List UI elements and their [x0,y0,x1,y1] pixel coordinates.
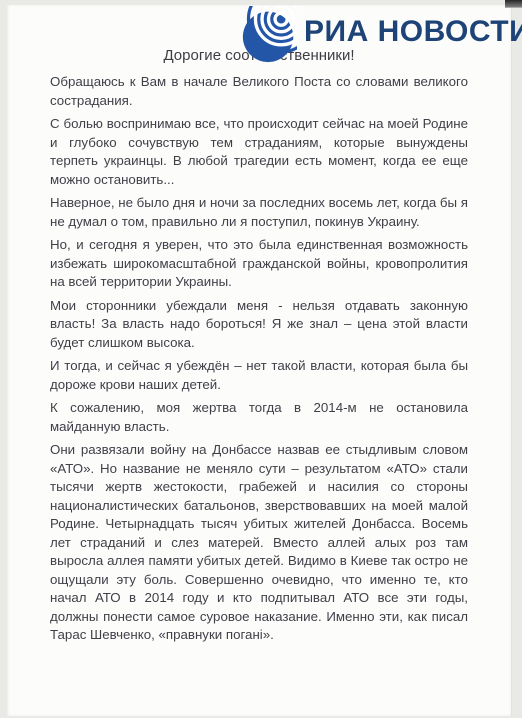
paragraph: Мои сторонники убеждали меня - нельзя от… [50,297,468,353]
globe-broadcast-icon [241,6,297,64]
document-page: РИА НОВОСТИ Дорогие соотечественники! Об… [7,5,512,716]
paragraph: Обращаюсь к Вам в начале Великого Поста … [50,73,468,110]
screenshot-stage: РИА НОВОСТИ Дорогие соотечественники! Об… [0,0,522,718]
paragraph: Но, и сегодня я уверен, что это была еди… [50,236,468,292]
paragraph: И тогда, и сейчас я убеждён – нет такой … [50,357,468,394]
paragraph: Они развязали войну на Донбассе назвав е… [50,441,468,645]
logo-brand-text: РИА НОВОСТИ [304,3,522,61]
ria-novosti-logo: РИА НОВОСТИ [241,6,522,64]
letter-body: Обращаюсь к Вам в начале Великого Поста … [50,73,468,645]
letter-content: Дорогие соотечественники! Обращаюсь к Ва… [8,5,511,645]
paragraph: К сожалению, моя жертва тогда в 2014-м н… [50,399,468,436]
paragraph: С болью воспринимаю все, что происходит … [50,115,468,189]
paragraph: Наверное, не было дня и ночи за последни… [50,194,468,231]
window-corner-fragment [505,0,522,8]
